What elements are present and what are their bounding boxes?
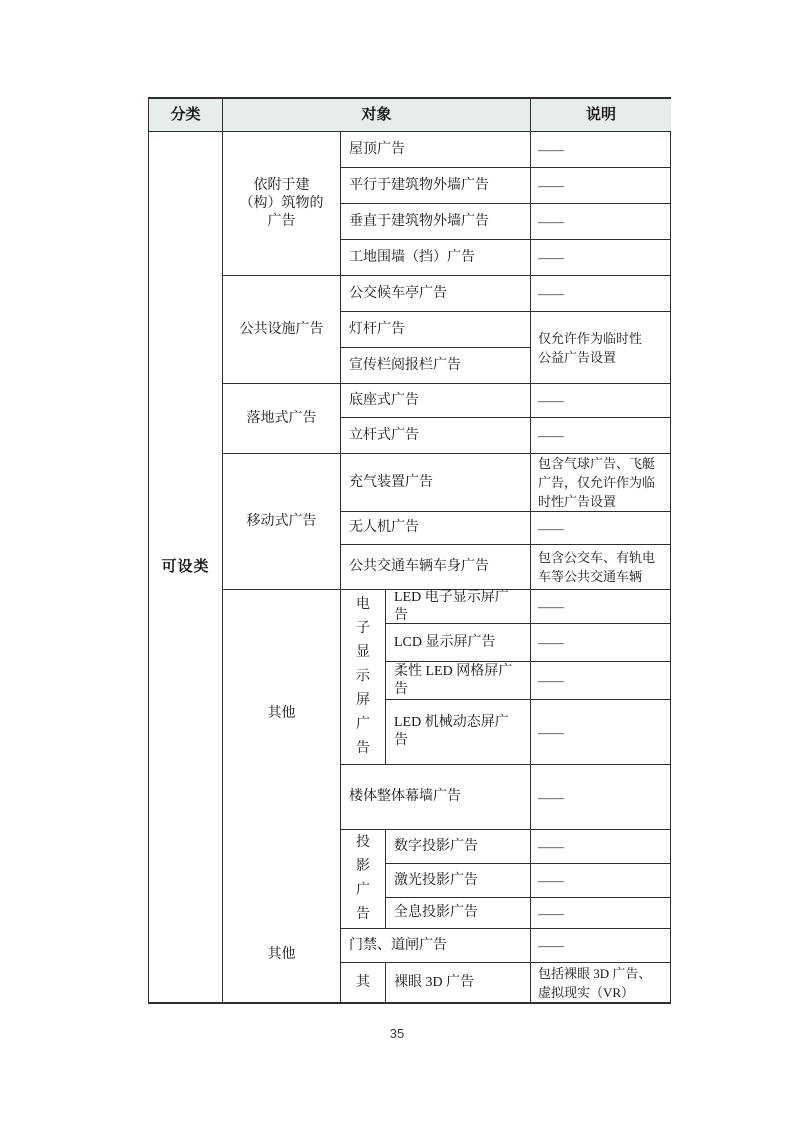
- page-number: 35: [0, 1026, 794, 1041]
- desc-cell: 包括裸眼 3D 广告、 虚拟现实（VR）: [531, 963, 671, 1002]
- desc-cell: ——: [531, 276, 671, 312]
- desc-cell: ——: [531, 929, 671, 963]
- group-label-other-lower: 其他: [223, 946, 340, 964]
- group-cell-ground-mounted: 落地式广告: [223, 384, 341, 454]
- ad-classification-table: 分类 对象 说明 可设类 依附于建 （构）筑物的 广告 公共设施广告 落地式广告…: [148, 97, 671, 1004]
- object-cell: 数字投影广告: [386, 830, 531, 864]
- desc-cell: ——: [531, 662, 671, 700]
- desc-cell: ——: [531, 700, 671, 765]
- desc-cell: ——: [531, 240, 671, 276]
- object-cell: 门禁、道闸广告: [341, 929, 531, 963]
- object-cell: 全息投影广告: [386, 898, 531, 929]
- subgroup-label-electronic-display: 电子显示屏广告: [355, 593, 371, 761]
- object-cell: 宣传栏阅报栏广告: [341, 348, 531, 384]
- desc-cell: ——: [531, 765, 671, 830]
- header-cell-description: 说明: [531, 99, 671, 132]
- object-cell: 平行于建筑物外墙广告: [341, 168, 531, 204]
- desc-cell-merged: 仅允许作为临时性 公益广告设置: [531, 312, 671, 384]
- header-cell-category: 分类: [149, 99, 223, 132]
- desc-cell: ——: [531, 132, 671, 168]
- object-cell: LED 机械动态屏广告: [386, 700, 531, 765]
- group-cell-mobile: 移动式广告: [223, 454, 341, 590]
- desc-cell: ——: [531, 624, 671, 662]
- category-cell-permitted: 可设类: [149, 132, 223, 1002]
- group-cell-other: 其他 其他: [223, 590, 341, 1002]
- group-cell-public-facility: 公共设施广告: [223, 276, 341, 384]
- group-label-other-upper: 其他: [223, 705, 340, 723]
- desc-cell: ——: [531, 830, 671, 864]
- subgroup-cell-projection: 投影广告: [341, 830, 386, 929]
- desc-cell: ——: [531, 898, 671, 929]
- desc-cell: ——: [531, 204, 671, 240]
- object-cell: 充气装置广告: [341, 454, 531, 512]
- object-cell: 柔性 LED 网格屏广告: [386, 662, 531, 700]
- object-cell: 楼体整体幕墙广告: [341, 765, 531, 830]
- desc-cell: 包含气球广告、飞艇 广告，仅允许作为临 时性广告设置: [531, 454, 671, 512]
- subgroup-label-projection: 投影广告: [355, 831, 371, 927]
- subgroup-label-other-truncated: 其: [355, 971, 371, 995]
- desc-cell: ——: [531, 384, 671, 418]
- group-cell-building-attached: 依附于建 （构）筑物的 广告: [223, 132, 341, 276]
- desc-cell: ——: [531, 864, 671, 898]
- desc-cell: ——: [531, 168, 671, 204]
- object-cell: 公共交通车辆车身广告: [341, 545, 531, 590]
- subgroup-cell-other-truncated: 其: [341, 963, 386, 1002]
- object-cell: LCD 显示屏广告: [386, 624, 531, 662]
- object-cell: 灯杆广告: [341, 312, 531, 348]
- object-cell: 立杆式广告: [341, 418, 531, 454]
- object-cell: 公交候车亭广告: [341, 276, 531, 312]
- desc-cell: ——: [531, 512, 671, 545]
- subgroup-cell-electronic-display: 电子显示屏广告: [341, 590, 386, 765]
- desc-cell: ——: [531, 418, 671, 454]
- object-cell: 无人机广告: [341, 512, 531, 545]
- object-cell: LED 电子显示屏广告: [386, 590, 531, 624]
- object-cell: 底座式广告: [341, 384, 531, 418]
- desc-cell: 包含公交车、有轨电 车等公共交通车辆: [531, 545, 671, 590]
- object-cell: 屋顶广告: [341, 132, 531, 168]
- object-cell: 激光投影广告: [386, 864, 531, 898]
- header-cell-object: 对象: [223, 99, 531, 132]
- object-cell: 垂直于建筑物外墙广告: [341, 204, 531, 240]
- object-cell: 裸眼 3D 广告: [386, 963, 531, 1002]
- desc-cell: ——: [531, 590, 671, 624]
- object-cell: 工地围墙（挡）广告: [341, 240, 531, 276]
